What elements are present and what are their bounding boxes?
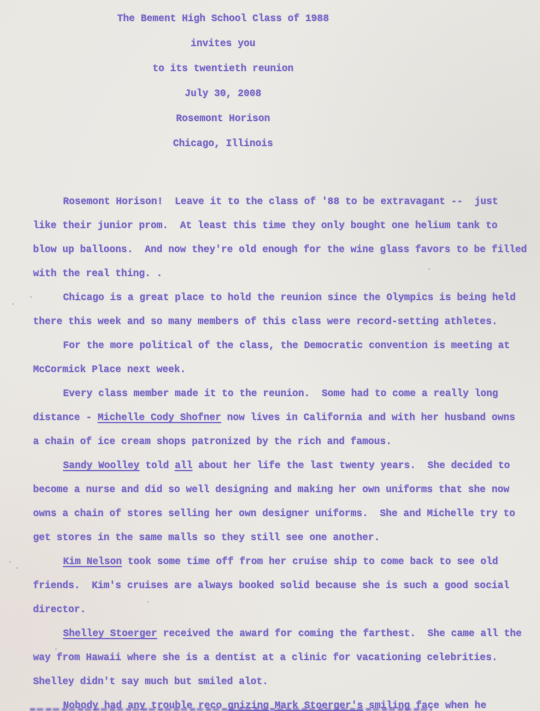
heading-line-3: to its twentieth reunion bbox=[33, 56, 413, 81]
text-segment: received the award for coming the farthe… bbox=[157, 628, 522, 639]
paper-speck bbox=[9, 561, 11, 563]
text-segment: become a nurse and did so well designing… bbox=[33, 484, 509, 495]
text-segment: McCormick Place next week. bbox=[33, 364, 186, 375]
text-segment: now lives in California and with her hus… bbox=[221, 412, 515, 423]
text-line: Every class member made it to the reunio… bbox=[33, 382, 540, 406]
heading-line-5: Rosemont Horison bbox=[33, 106, 413, 131]
heading-line-6: Chicago, Illinois bbox=[33, 131, 413, 156]
text-line: For the more political of the class, the… bbox=[33, 334, 540, 358]
heading-line-1: The Bement High School Class of 1988 bbox=[33, 6, 413, 31]
underlined-name: Kim Nelson bbox=[63, 556, 122, 567]
text-segment: owns a chain of stores selling her own d… bbox=[33, 508, 515, 519]
letter-body: Rosemont Horison! Leave it to the class … bbox=[33, 190, 540, 711]
text-segment: director. bbox=[33, 604, 86, 615]
text-segment: took some time off from her cruise ship … bbox=[122, 556, 498, 567]
text-segment: friends. Kim's cruises are always booked… bbox=[33, 580, 509, 591]
paragraph-7: Shelley Stoerger received the award for … bbox=[33, 622, 540, 694]
paper-speck bbox=[12, 303, 14, 305]
paragraph-2: Chicago is a great place to hold the reu… bbox=[33, 286, 540, 334]
text-segment: like their junior prom. At least this ti… bbox=[33, 220, 497, 231]
paper-speck bbox=[236, 201, 238, 203]
paragraph-1: Rosemont Horison! Leave it to the class … bbox=[33, 190, 540, 286]
text-segment: For the more political of the class, the… bbox=[63, 340, 510, 351]
text-line: Sandy Woolley told all about her life th… bbox=[33, 454, 540, 478]
underlined-name: all bbox=[175, 460, 193, 471]
text-line: Kim Nelson took some time off from her c… bbox=[33, 550, 540, 574]
text-segment: told bbox=[139, 460, 174, 471]
underlined-name: Shelley Stoerger bbox=[63, 628, 157, 639]
text-line: a chain of ice cream shops patronized by… bbox=[33, 430, 540, 454]
text-line: Chicago is a great place to hold the reu… bbox=[33, 286, 540, 310]
text-line: friends. Kim's cruises are always booked… bbox=[33, 574, 540, 598]
paper-speck bbox=[30, 296, 32, 298]
paper-speck bbox=[428, 268, 430, 270]
text-line: McCormick Place next week. bbox=[33, 358, 540, 382]
text-line: Rosemont Horison! Leave it to the class … bbox=[33, 190, 540, 214]
text-segment: Shelley didn't say much but smiled alot. bbox=[33, 676, 268, 687]
paper-speck bbox=[55, 648, 57, 650]
text-segment: about her life the last twenty years. Sh… bbox=[192, 460, 509, 471]
text-line: Shelley didn't say much but smiled alot. bbox=[33, 670, 540, 694]
heading-line-2: invites you bbox=[33, 31, 413, 56]
paragraph-4: Every class member made it to the reunio… bbox=[33, 382, 540, 454]
text-line: become a nurse and did so well designing… bbox=[33, 478, 540, 502]
text-segment: Rosemont Horison! Leave it to the class … bbox=[63, 196, 498, 207]
paragraph-6: Kim Nelson took some time off from her c… bbox=[33, 550, 540, 622]
text-segment: with the real thing. . bbox=[33, 268, 162, 279]
text-line: blow up balloons. And now they're old en… bbox=[33, 238, 540, 262]
heading-line-4: July 30, 2008 bbox=[33, 81, 413, 106]
paper-speck bbox=[16, 567, 18, 569]
invitation-heading: The Bement High School Class of 1988invi… bbox=[33, 0, 413, 156]
text-segment: Chicago is a great place to hold the reu… bbox=[63, 292, 516, 303]
text-line: there this week and so many members of t… bbox=[33, 310, 540, 334]
text-line: with the real thing. . bbox=[33, 262, 540, 286]
text-segment: distance - bbox=[33, 412, 98, 423]
text-line: Shelley Stoerger received the award for … bbox=[33, 622, 540, 646]
underlined-name: Sandy Woolley bbox=[63, 460, 139, 471]
text-segment: there this week and so many members of t… bbox=[33, 316, 497, 327]
text-line: way from Hawaii where she is a dentist a… bbox=[33, 646, 540, 670]
paragraph-3: For the more political of the class, the… bbox=[33, 334, 540, 382]
text-line: owns a chain of stores selling her own d… bbox=[33, 502, 540, 526]
text-segment: blow up balloons. And now they're old en… bbox=[33, 244, 527, 255]
text-segment: get stores in the same malls so they sti… bbox=[33, 532, 380, 543]
text-line: like their junior prom. At least this ti… bbox=[33, 214, 540, 238]
paragraph-5: Sandy Woolley told all about her life th… bbox=[33, 454, 540, 550]
text-segment: a chain of ice cream shops patronized by… bbox=[33, 436, 392, 447]
paper-speck bbox=[147, 601, 149, 603]
text-line: get stores in the same malls so they sti… bbox=[33, 526, 540, 550]
text-segment: way from Hawaii where she is a dentist a… bbox=[33, 652, 497, 663]
text-line: distance - Michelle Cody Shofner now liv… bbox=[33, 406, 540, 430]
underlined-name: Michelle Cody Shofner bbox=[98, 412, 221, 423]
text-line: director. bbox=[33, 598, 540, 622]
text-segment: Every class member made it to the reunio… bbox=[63, 388, 498, 399]
document-page: The Bement High School Class of 1988invi… bbox=[0, 0, 540, 711]
